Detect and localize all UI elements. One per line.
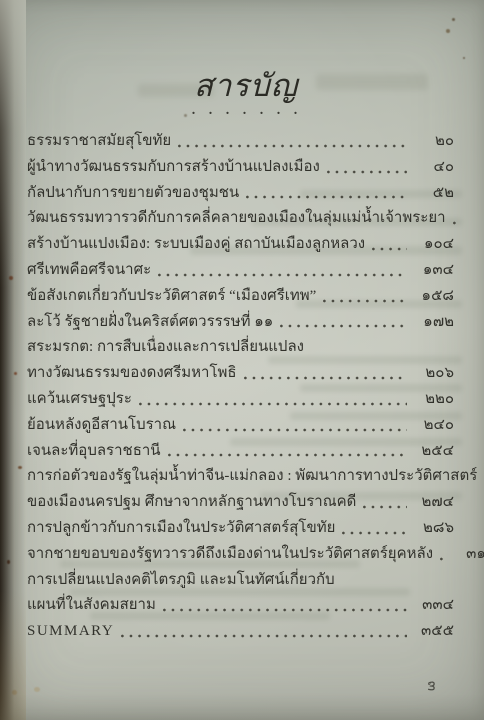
dot-leader bbox=[280, 324, 407, 328]
toc-row: กัลปนากับการขยายตัวของชุมชน ๕๒ bbox=[27, 181, 454, 207]
toc-page-number: ๗๘ bbox=[466, 206, 484, 232]
toc-entry-label: แคว้นเศรษฐปุระ bbox=[27, 387, 132, 413]
dot-leader bbox=[453, 221, 461, 225]
toc-page-number: ๕๒ bbox=[412, 181, 454, 207]
dot-leader bbox=[244, 376, 407, 380]
dot-leader bbox=[440, 557, 448, 561]
toc-row: แคว้นเศรษฐปุระ ๒๒๐ bbox=[27, 387, 454, 413]
toc-entry-label: ศรีเทพคือศรีจนาศะ bbox=[27, 258, 151, 284]
toc-page-number: ๑๗๒ bbox=[412, 310, 454, 336]
toc-row: ศรีเทพคือศรีจนาศะ ๑๓๔ bbox=[27, 258, 454, 284]
toc-row: ของเมืองนครปฐม ศึกษาจากหลักฐานทางโบราณคด… bbox=[27, 490, 454, 516]
title-dots-ornament: . . . . . . . bbox=[0, 103, 484, 119]
toc-entry-label: สระมรกต: การสืบเนื่องและการเปลี่ยนแปลง bbox=[27, 335, 304, 361]
toc-row: การปลูกข้าวกับการเมืองในประวัติศาสตร์สุโ… bbox=[27, 516, 454, 542]
toc-row: แผนที่ในสังคมสยาม ๓๓๔ bbox=[27, 593, 454, 619]
toc-page-number: ๒๐ bbox=[412, 129, 454, 155]
toc-entry-label: ทางวัฒนธรรมของดงศรีมหาโพธิ bbox=[27, 361, 237, 387]
toc-page-number: ๑๓๔ bbox=[412, 258, 454, 284]
toc-page-number: ๔๐ bbox=[412, 155, 454, 181]
toc-entry-label: แผนที่ในสังคมสยาม bbox=[27, 593, 156, 619]
paper-stain bbox=[34, 687, 40, 692]
toc-row: จากชายขอบของรัฐทวารวดีถึงเมืองด่านในประว… bbox=[27, 542, 454, 568]
dot-leader bbox=[246, 195, 407, 199]
toc-entry-label: การเปลี่ยนแปลงคติไตรภูมิ และมโนทัศน์เกี่… bbox=[27, 568, 335, 594]
toc-page-number: ๑๕๘ bbox=[412, 284, 454, 310]
toc-entry-label: SUMMARY bbox=[27, 619, 114, 645]
toc-entry-label: วัฒนธรรมทวารวดีกับการคลี่คลายของเมืองในล… bbox=[27, 206, 446, 232]
toc-row: สร้างบ้านแปงเมือง: ระบบเมืองคู่ สถาบันเม… bbox=[27, 232, 454, 258]
toc-entry-label: ละโว้ รัฐชายฝั่งในคริสต์ศตวรรรษที่ ๑๑ bbox=[27, 310, 273, 336]
toc-entry-label: ย้อนหลังดูอีสานโบราณ bbox=[27, 413, 176, 439]
paper-stain bbox=[452, 18, 455, 21]
dot-leader bbox=[168, 453, 407, 457]
toc-entry-label: การปลูกข้าวกับการเมืองในประวัติศาสตร์สุโ… bbox=[27, 516, 335, 542]
toc-row: ธรรมราชาสมัยสุโขทัย ๒๐ bbox=[27, 129, 454, 155]
toc-entry-label: สร้างบ้านแปงเมือง: ระบบเมืองคู่ สถาบันเม… bbox=[27, 232, 365, 258]
toc-page-number: ๒๐๖ bbox=[412, 361, 454, 387]
toc-row: สระมรกต: การสืบเนื่องและการเปลี่ยนแปลง bbox=[27, 335, 454, 361]
toc-page-number: ๒๕๔ bbox=[412, 439, 454, 465]
dot-leader bbox=[183, 428, 407, 432]
toc-page-number: ๒๔๐ bbox=[412, 413, 454, 439]
toc-row: ทางวัฒนธรรมของดงศรีมหาโพธิ ๒๐๖ bbox=[27, 361, 454, 387]
toc-page-number: ๓๓๔ bbox=[412, 593, 454, 619]
toc-row: SUMMARY ๓๕๕ bbox=[27, 619, 454, 645]
dot-leader bbox=[158, 273, 407, 277]
dot-leader bbox=[372, 247, 407, 251]
toc-page-number: ๓๕๕ bbox=[412, 619, 454, 645]
dot-leader bbox=[178, 144, 407, 148]
dot-leader bbox=[342, 531, 407, 535]
dot-leader bbox=[139, 402, 407, 406]
toc-row: วัฒนธรรมทวารวดีกับการคลี่คลายของเมืองในล… bbox=[27, 206, 454, 232]
toc-entry-label: ของเมืองนครปฐม ศึกษาจากหลักฐานทางโบราณคด… bbox=[27, 490, 356, 516]
dot-leader bbox=[363, 505, 407, 509]
toc-row: ข้อสังเกตเกี่ยวกับประวัติศาสตร์ “เมืองศร… bbox=[27, 284, 454, 310]
toc-row: ย้อนหลังดูอีสานโบราณ ๒๔๐ bbox=[27, 413, 454, 439]
toc-page-number: ๒๘๖ bbox=[412, 516, 454, 542]
toc-row: การก่อตัวของรัฐในลุ่มน้ำท่าจีน-แม่กลอง :… bbox=[27, 464, 454, 490]
paper-stain bbox=[463, 57, 465, 59]
toc-list: ธรรมราชาสมัยสุโขทัย ๒๐ ผู้นำทางวัฒนธรรมก… bbox=[27, 129, 454, 645]
book-page: สารบัญ . . . . . . . ธรรมราชาสมัยสุโขทัย… bbox=[0, 0, 484, 720]
folio-number: ๓ bbox=[422, 676, 442, 696]
toc-page-number: ๒๒๐ bbox=[412, 387, 454, 413]
paper-stain bbox=[446, 29, 450, 33]
toc-entry-label: กัลปนากับการขยายตัวของชุมชน bbox=[27, 181, 239, 207]
page-bottom-shadow bbox=[0, 694, 484, 720]
toc-entry-label: ผู้นำทางวัฒนธรรมกับการสร้างบ้านแปลงเมือง bbox=[27, 155, 320, 181]
dot-leader bbox=[327, 170, 407, 174]
toc-row: เจนละที่อุบลราชธานี ๒๕๔ bbox=[27, 439, 454, 465]
toc-entry-label: เจนละที่อุบลราชธานี bbox=[27, 439, 161, 465]
toc-page-number: ๑๐๔ bbox=[412, 232, 454, 258]
toc-entry-label: การก่อตัวของรัฐในลุ่มน้ำท่าจีน-แม่กลอง :… bbox=[27, 464, 477, 490]
toc-page-number: ๓๑๐ bbox=[453, 542, 484, 568]
dot-leader bbox=[163, 608, 407, 612]
dot-leader bbox=[323, 299, 407, 303]
toc-row: ผู้นำทางวัฒนธรรมกับการสร้างบ้านแปลงเมือง… bbox=[27, 155, 454, 181]
dot-leader bbox=[121, 634, 407, 638]
toc-page-number: ๒๗๔ bbox=[412, 490, 454, 516]
toc-entry-label: ข้อสังเกตเกี่ยวกับประวัติศาสตร์ “เมืองศร… bbox=[27, 284, 316, 310]
toc-row: ละโว้ รัฐชายฝั่งในคริสต์ศตวรรรษที่ ๑๑ ๑๗… bbox=[27, 310, 454, 336]
toc-entry-label: จากชายขอบของรัฐทวารวดีถึงเมืองด่านในประว… bbox=[27, 542, 433, 568]
book-gutter-shadow-fade bbox=[0, 0, 26, 720]
toc-row: การเปลี่ยนแปลงคติไตรภูมิ และมโนทัศน์เกี่… bbox=[27, 568, 454, 594]
toc-entry-label: ธรรมราชาสมัยสุโขทัย bbox=[27, 129, 171, 155]
